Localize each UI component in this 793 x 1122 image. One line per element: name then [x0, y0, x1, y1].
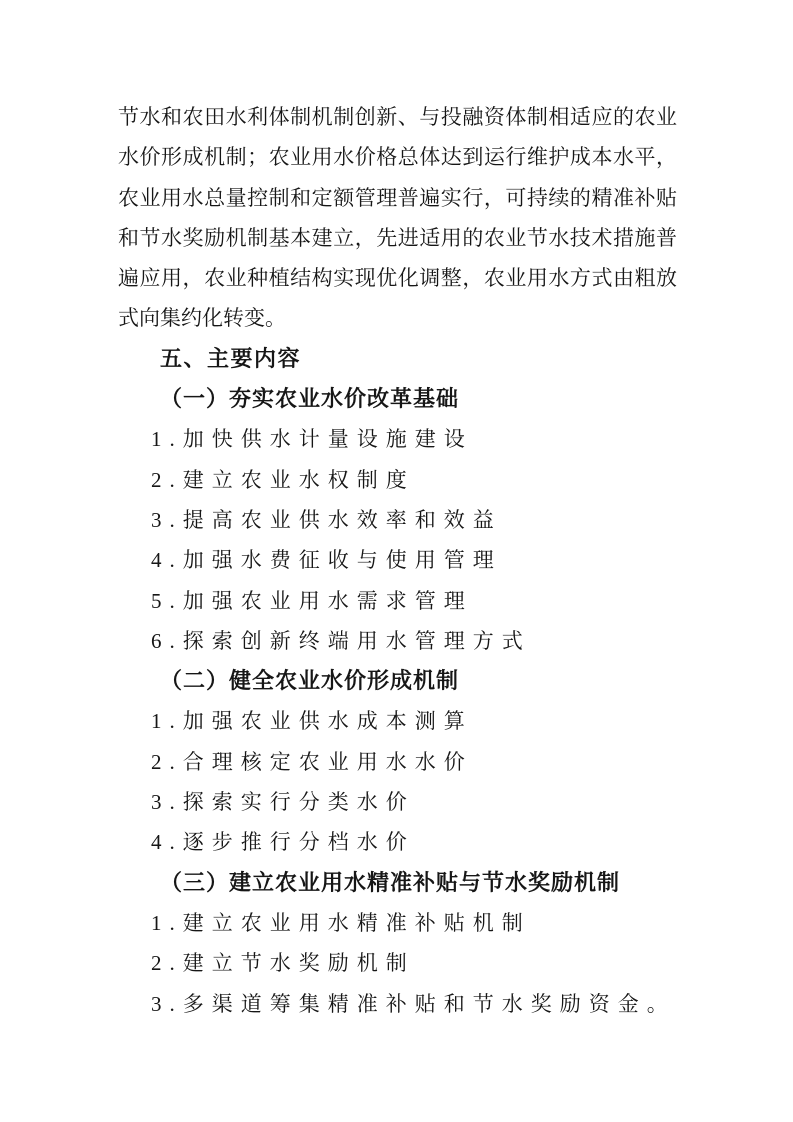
document-line: 1.加强农业供水成本测算 — [118, 701, 677, 741]
document-line: 式向集约化转变。 — [118, 298, 677, 338]
document-line: 3.探索实行分类水价 — [118, 782, 677, 822]
document-line: 4.加强水费征收与使用管理 — [118, 540, 677, 580]
document-line: 五、主要内容 — [118, 339, 677, 379]
document-line: 水价形成机制；农业用水价格总体达到运行维护成本水平， — [118, 137, 677, 177]
document-line: （三）建立农业用水精准补贴与节水奖励机制 — [118, 863, 677, 903]
document-line: 6.探索创新终端用水管理方式 — [118, 621, 677, 661]
document-line: 3.多渠道筹集精准补贴和节水奖励资金。 — [118, 984, 677, 1024]
document-line: 3.提高农业供水效率和效益 — [118, 500, 677, 540]
document-line: 1.加快供水计量设施建设 — [118, 419, 677, 459]
document-line: （二）健全农业水价形成机制 — [118, 661, 677, 701]
document-content: 节水和农田水利体制机制创新、与投融资体制相适应的农业水价形成机制；农业用水价格总… — [118, 97, 677, 1024]
document-page: 节水和农田水利体制机制创新、与投融资体制相适应的农业水价形成机制；农业用水价格总… — [0, 0, 793, 1122]
document-line: 2.建立农业水权制度 — [118, 460, 677, 500]
document-line: 节水和农田水利体制机制创新、与投融资体制相适应的农业 — [118, 97, 677, 137]
document-line: 4.逐步推行分档水价 — [118, 822, 677, 862]
document-line: 遍应用，农业种植结构实现优化调整，农业用水方式由粗放 — [118, 258, 677, 298]
document-line: 2.建立节水奖励机制 — [118, 943, 677, 983]
document-line: 2.合理核定农业用水水价 — [118, 742, 677, 782]
document-line: 和节水奖励机制基本建立，先进适用的农业节水技术措施普 — [118, 218, 677, 258]
document-line: 农业用水总量控制和定额管理普遍实行，可持续的精准补贴 — [118, 178, 677, 218]
document-line: 5.加强农业用水需求管理 — [118, 581, 677, 621]
document-line: （一）夯实农业水价改革基础 — [118, 379, 677, 419]
document-line: 1.建立农业用水精准补贴机制 — [118, 903, 677, 943]
